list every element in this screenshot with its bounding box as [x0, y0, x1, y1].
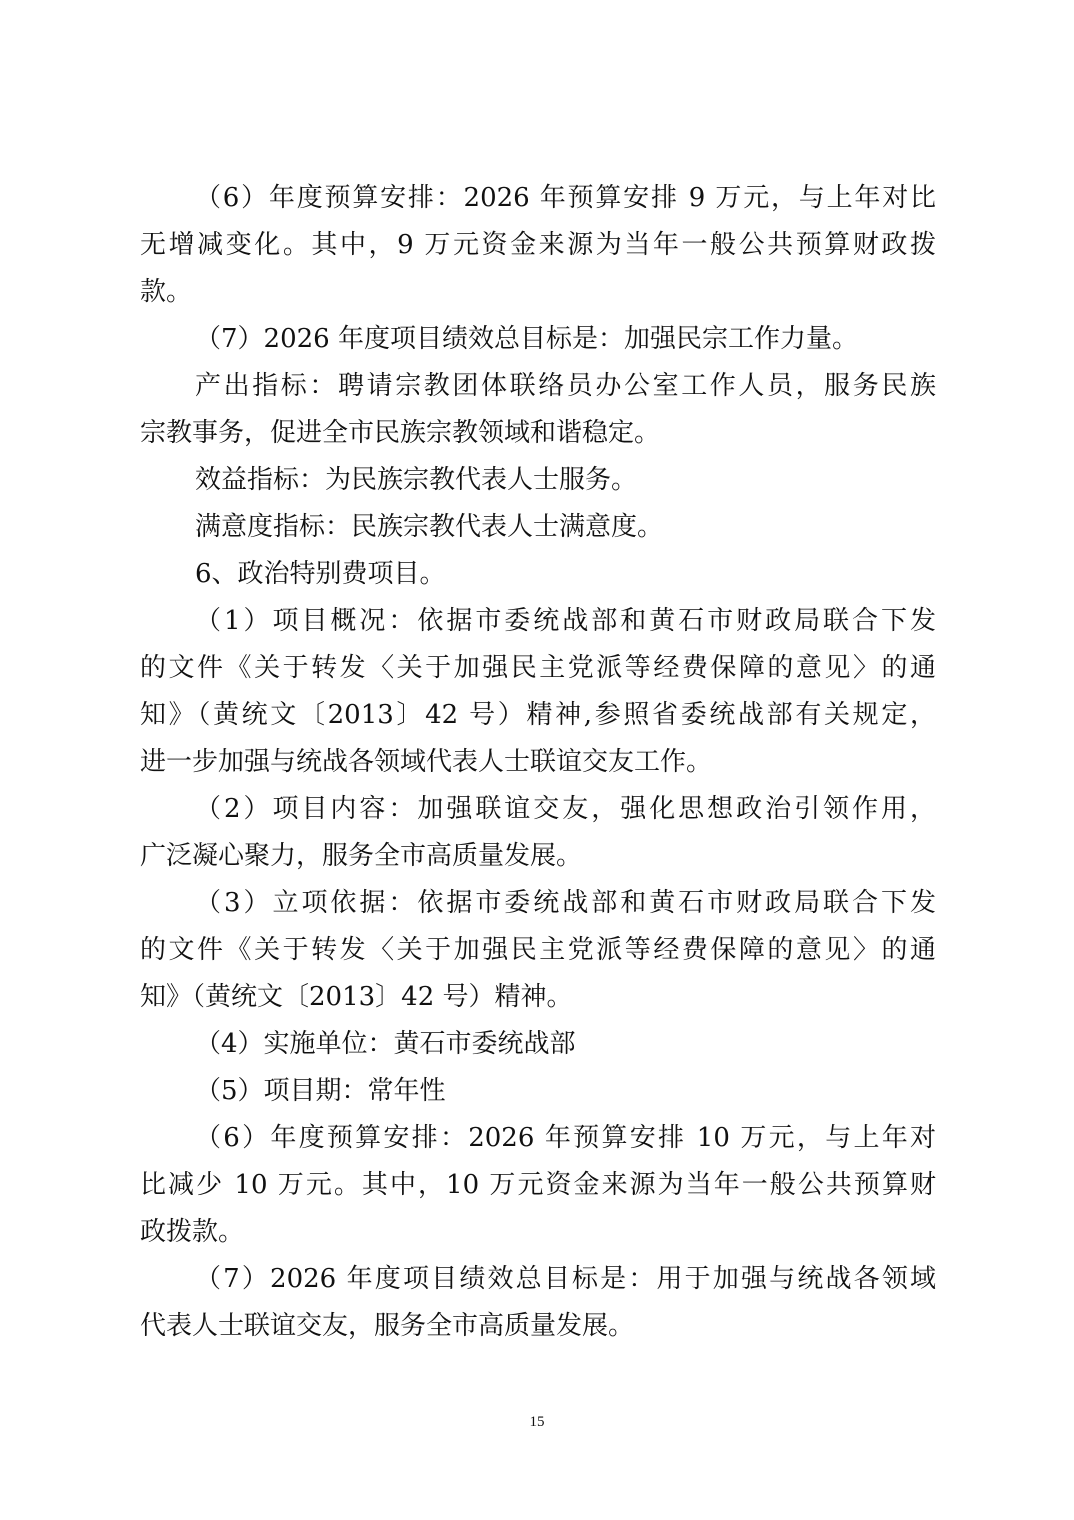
- text-line: （5）项目期：常年性: [195, 1071, 936, 1111]
- text-line: 效益指标：为民族宗教代表人士服务。: [195, 460, 936, 500]
- text-line: 比减少 10 万元。其中，10 万元资金来源为当年一般公共预算财: [140, 1165, 936, 1205]
- text-line: 广泛凝心聚力，服务全市高质量发展。: [140, 836, 936, 876]
- text-line: （6）年度预算安排：2026 年预算安排 10 万元，与上年对: [195, 1118, 936, 1158]
- text-line: （6）年度预算安排：2026 年预算安排 9 万元，与上年对比: [195, 178, 936, 218]
- document-page: （6）年度预算安排：2026 年预算安排 9 万元，与上年对比无增减变化。其中，…: [0, 0, 1074, 1520]
- text-line: （3）立项依据：依据市委统战部和黄石市财政局联合下发: [195, 883, 936, 923]
- page-number: 15: [0, 1412, 1074, 1432]
- text-line: 的文件《关于转发〈关于加强民主党派等经费保障的意见〉的通: [140, 930, 936, 970]
- text-line: 产出指标：聘请宗教团体联络员办公室工作人员，服务民族: [195, 366, 936, 406]
- text-line: 款。: [140, 272, 936, 312]
- text-line: （1）项目概况：依据市委统战部和黄石市财政局联合下发: [195, 601, 936, 641]
- text-line: 进一步加强与统战各领域代表人士联谊交友工作。: [140, 742, 936, 782]
- text-line: （4）实施单位：黄石市委统战部: [195, 1024, 936, 1064]
- text-line: （2）项目内容：加强联谊交友，强化思想政治引领作用，: [195, 789, 936, 829]
- text-line: 的文件《关于转发〈关于加强民主党派等经费保障的意见〉的通: [140, 648, 936, 688]
- text-line: 宗教事务，促进全市民族宗教领域和谐稳定。: [140, 413, 936, 453]
- text-line: 无增减变化。其中，9 万元资金来源为当年一般公共预算财政拨: [140, 225, 936, 265]
- text-line: 知》（黄统文〔2013〕42 号）精神,参照省委统战部有关规定，: [140, 695, 936, 735]
- text-line: （7）2026 年度项目绩效总目标是：加强民宗工作力量。: [195, 319, 936, 359]
- text-line: （7）2026 年度项目绩效总目标是：用于加强与统战各领域: [195, 1259, 936, 1299]
- text-line: 满意度指标：民族宗教代表人士满意度。: [195, 507, 936, 547]
- text-line: 政拨款。: [140, 1212, 936, 1252]
- text-line: 知》（黄统文〔2013〕42 号）精神。: [140, 977, 936, 1017]
- text-line: 代表人士联谊交友，服务全市高质量发展。: [140, 1306, 936, 1346]
- text-line: 6、政治特别费项目。: [195, 554, 936, 594]
